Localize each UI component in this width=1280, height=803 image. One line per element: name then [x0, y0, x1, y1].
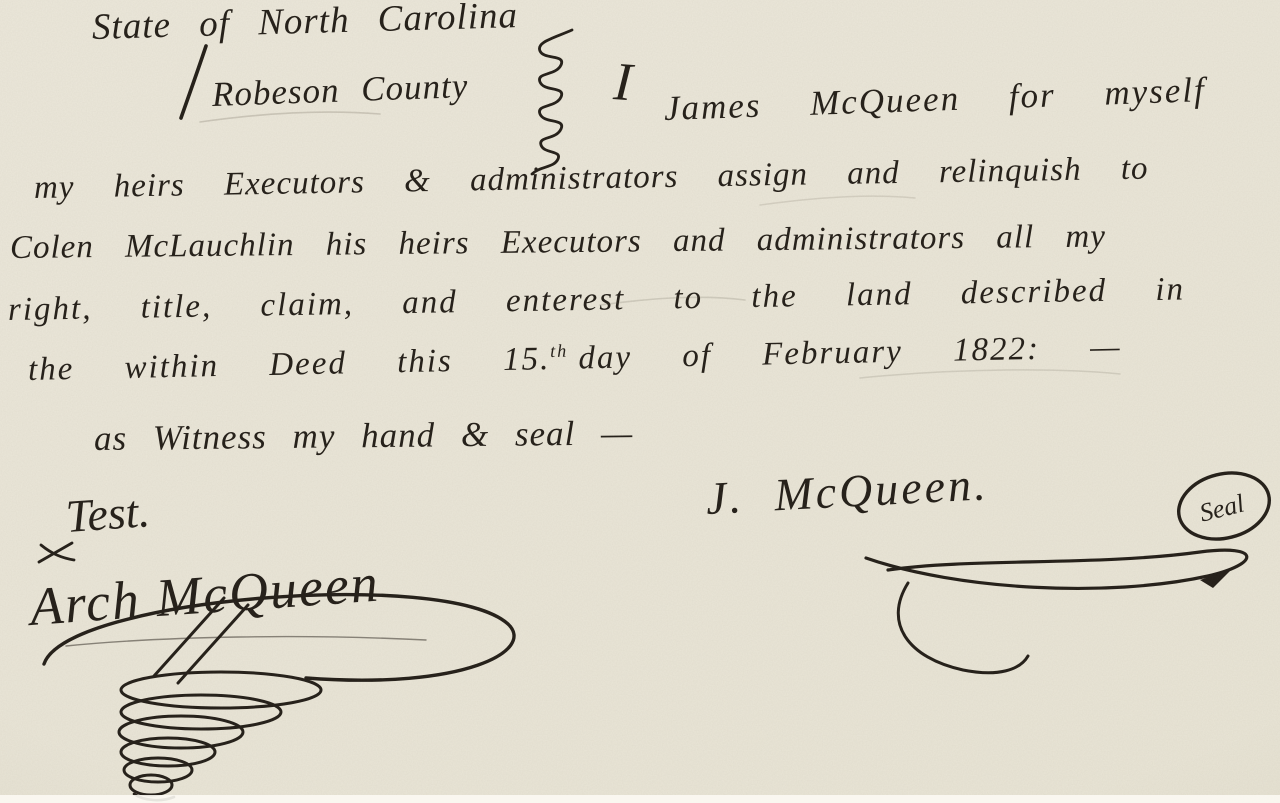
header-county-line: Robeson County — [211, 67, 469, 114]
body-line-2: Colen McLauchlin his heirs Executors and… — [10, 219, 1106, 267]
signature-paraph-flourish — [848, 528, 1280, 680]
grantor-signature: J. McQueen. — [705, 459, 990, 524]
closing-line: as Witness my hand & seal — — [94, 414, 633, 458]
paper-grain-texture — [0, 0, 1280, 803]
witness-signature: Arch McQueen — [28, 554, 382, 638]
scan-edge-strip — [0, 795, 1280, 803]
header-state-line: State of North Carolina — [91, 0, 518, 49]
scan-smudge-marks — [0, 0, 1280, 803]
seal-oval: Seal — [1170, 458, 1280, 556]
body-line-3: right, title, claim, and enterest to the… — [8, 271, 1186, 328]
superscript-th: th — [550, 341, 569, 361]
body-line-1: my heirs Executors & administrators assi… — [34, 151, 1149, 207]
opening-pronoun: I — [612, 52, 634, 113]
county-coil-flourish — [512, 26, 586, 178]
header-brace-flourish — [176, 42, 212, 122]
seal-text: Seal — [1197, 489, 1247, 528]
attestation-label: Test. — [64, 486, 151, 542]
opening-line: James McQueen for myself — [663, 71, 1206, 128]
body-line-4-start: the within Deed this 15. — [28, 341, 551, 388]
body-line-4: the within Deed this 15.thday of Februar… — [28, 329, 1122, 388]
body-line-4-end: day of February 1822: — — [578, 329, 1122, 376]
scanned-deed-document: State of North Carolina Robeson County I… — [0, 0, 1280, 803]
